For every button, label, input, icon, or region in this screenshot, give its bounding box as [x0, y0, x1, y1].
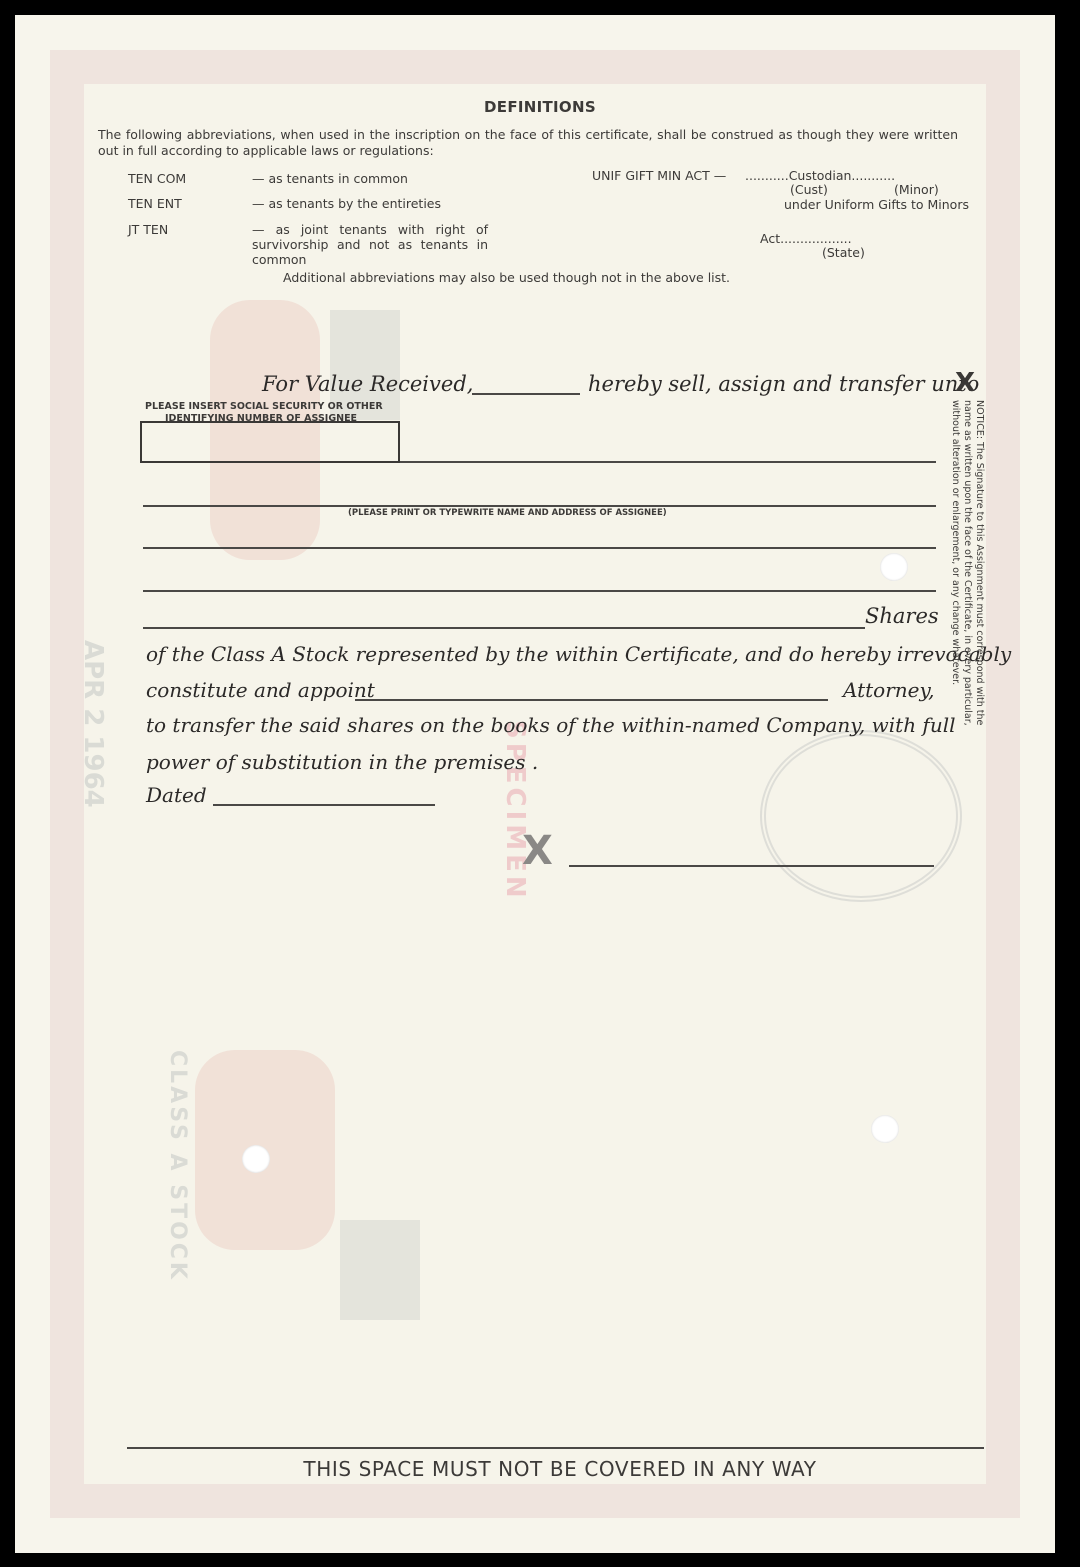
dated-label: Dated — [146, 783, 207, 807]
do-not-cover-warning: THIS SPACE MUST NOT BE COVERED IN ANY WA… — [0, 1457, 1080, 1481]
ghost-class-label: CLASS A STOCK — [165, 1050, 190, 1282]
abbr-jt-ten: JT TEN — [128, 222, 168, 237]
signature-notice: NOTICE: The Signature to this Assignment… — [949, 400, 985, 730]
assignee-line-4[interactable] — [143, 590, 936, 592]
abbr-ten-com-meaning: — as tenants in common — [252, 171, 408, 186]
cust-label: (Cust) — [790, 182, 828, 197]
assignor-line[interactable] — [472, 393, 580, 395]
ghost-date-stamp: APR 2 1964 — [78, 640, 108, 808]
punch-hole — [880, 553, 908, 581]
shares-label: Shares — [865, 604, 939, 628]
constitute-appoint: constitute and appoint — [146, 678, 375, 702]
ssn-input-box[interactable] — [140, 421, 400, 463]
punch-hole — [242, 1145, 270, 1173]
date-line[interactable] — [213, 804, 435, 806]
state-label: (State) — [822, 245, 865, 260]
attorney-name-line[interactable] — [355, 699, 828, 701]
class-a-stock-text: of the Class A Stock represented by the … — [146, 642, 1011, 666]
sell-assign-transfer: hereby sell, assign and transfer unto — [588, 372, 979, 396]
abbr-ten-ent-meaning: — as tenants by the entireties — [252, 196, 441, 211]
ssn-label-line1: PLEASE INSERT SOCIAL SECURITY OR OTHER — [145, 401, 383, 412]
name-address-label: (PLEASE PRINT OR TYPEWRITE NAME AND ADDR… — [348, 508, 667, 518]
uniform-gifts-label: under Uniform Gifts to Minors — [784, 197, 969, 212]
footer-rule — [127, 1447, 984, 1449]
transfer-text: to transfer the said shares on the books… — [146, 713, 956, 737]
abbr-ten-ent: TEN ENT — [128, 196, 182, 211]
punch-hole — [871, 1115, 899, 1143]
assignee-line-3[interactable] — [143, 547, 936, 549]
power-of-substitution: power of substitution in the premises . — [146, 750, 538, 774]
additional-abbreviations-note: Additional abbreviations may also be use… — [283, 270, 730, 285]
act-line: Act.................. — [760, 231, 852, 246]
for-value-received: For Value Received, — [262, 372, 473, 396]
signature-line[interactable] — [569, 865, 934, 867]
abbr-jt-ten-meaning: — as joint tenants with right of survivo… — [252, 222, 488, 267]
shares-quantity-line[interactable] — [143, 627, 865, 629]
minor-label: (Minor) — [894, 182, 939, 197]
notice-x-mark: X — [955, 368, 975, 398]
assignee-line-2[interactable] — [143, 505, 936, 507]
attorney-label: Attorney, — [843, 678, 934, 702]
abbr-ten-com: TEN COM — [128, 171, 186, 186]
custodian-line: ...........Custodian........... — [745, 168, 895, 183]
definitions-intro: The following abbreviations, when used i… — [98, 127, 958, 159]
signature-x-mark: X — [522, 828, 553, 874]
ghost-logo-bottom — [340, 1220, 420, 1320]
assignee-line-1[interactable] — [400, 461, 936, 463]
unif-gift-label: UNIF GIFT MIN ACT — — [592, 168, 726, 183]
ghost-specimen-stamp: SPECIMEN — [500, 720, 530, 902]
definitions-title: DEFINITIONS — [0, 98, 1080, 116]
ghost-corporate-seal — [760, 730, 962, 902]
